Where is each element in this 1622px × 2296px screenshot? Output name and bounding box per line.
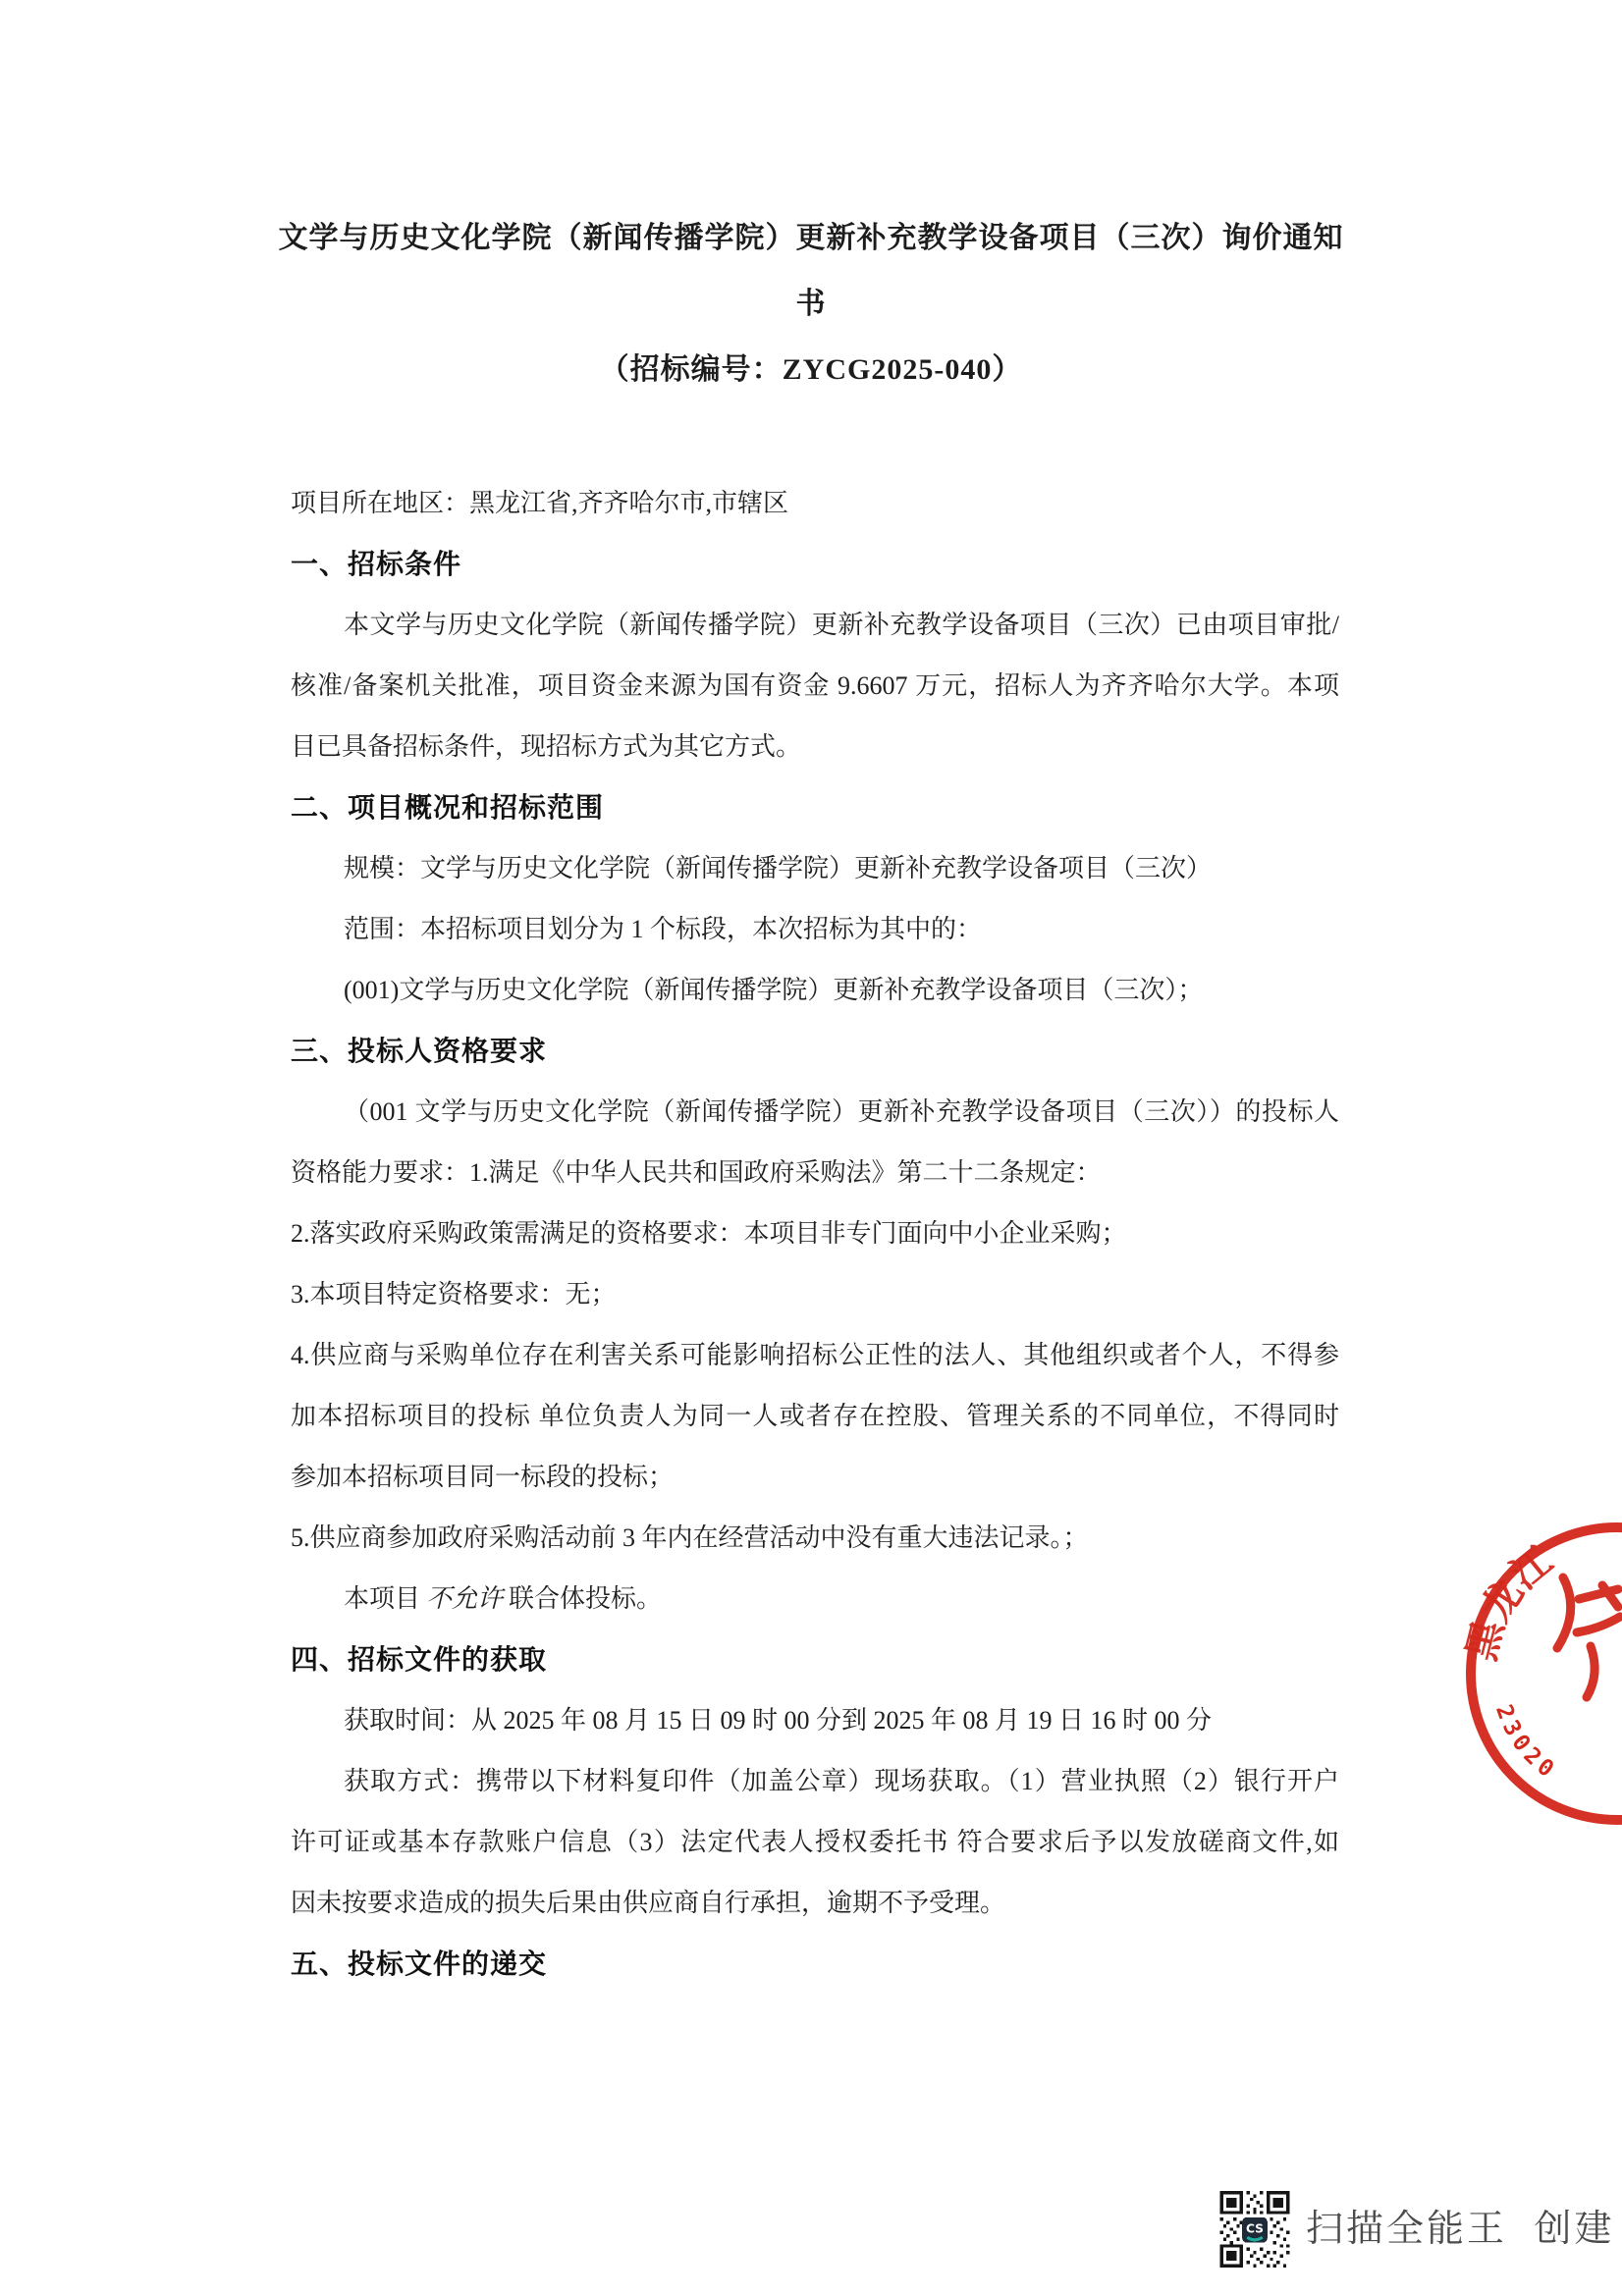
- scanned-document-page: 文学与历史文化学院（新闻传播学院）更新补充教学设备项目（三次）询价通知 书 （招…: [0, 0, 1622, 2296]
- seal-partial-characters: [1557, 1577, 1620, 1697]
- paragraph-line: 因未按要求造成的损失后果由供应商自行承担，逾期不予受理。: [291, 1873, 1339, 1934]
- obtain-method-line: 获取方式：携带以下材料复印件（加盖公章）现场获取。（1）营业执照（2）银行开户: [291, 1751, 1339, 1812]
- section-1-heading: 一、招标条件: [291, 534, 1339, 595]
- qualification-line-1: 资格能力要求：1.满足《中华人民共和国政府采购法》第二十二条规定：: [291, 1143, 1339, 1203]
- paragraph-line: 加本招标项目的投标 单位负责人为同一人或者存在控股、管理关系的不同单位，不得同时: [291, 1386, 1339, 1447]
- scope-line: 范围：本招标项目划分为 1 个标段，本次招标为其中的：: [291, 899, 1339, 960]
- paragraph-line: 目已具备招标条件，现招标方式为其它方式。: [291, 717, 1339, 777]
- project-location-line: 项目所在地区：黑龙江省,齐齐哈尔市,市辖区: [291, 473, 1339, 534]
- red-official-seal: 黑龙江 2302030: [1453, 1517, 1622, 1831]
- document-title-line1: 文学与历史文化学院（新闻传播学院）更新补充教学设备项目（三次）询价通知: [0, 205, 1622, 271]
- qualification-line-4: 4.供应商与采购单位存在利害关系可能影响招标公正性的法人、其他组织或者个人，不得…: [291, 1325, 1339, 1386]
- no-joint-venture-prefix: 本项目: [344, 1584, 420, 1613]
- section-4-heading: 四、招标文件的获取: [291, 1629, 1339, 1690]
- camscanner-qr-code: CS: [1219, 2191, 1290, 2268]
- document-title-line2: 书: [0, 271, 1622, 337]
- no-joint-venture-line: 本项目不允许联合体投标。: [291, 1569, 1339, 1629]
- obtain-time-line: 获取时间：从 2025 年 08 月 15 日 09 时 00 分到 2025 …: [291, 1690, 1339, 1751]
- lot-001-line: (001)文学与历史文化学院（新闻传播学院）更新补充教学设备项目（三次）；: [291, 960, 1339, 1021]
- qualification-line-3: 3.本项目特定资格要求：无；: [291, 1264, 1339, 1325]
- paragraph-line: 核准/备案机关批准，项目资金来源为国有资金 9.6607 万元，招标人为齐齐哈尔…: [291, 656, 1339, 717]
- svg-text:黑龙江: 黑龙江: [1459, 1538, 1561, 1665]
- no-joint-venture-emphasis: 不允许: [420, 1584, 509, 1613]
- no-joint-venture-suffix: 联合体投标。: [509, 1584, 662, 1613]
- document-title-block: 文学与历史文化学院（新闻传播学院）更新补充教学设备项目（三次）询价通知 书 （招…: [0, 205, 1622, 402]
- paragraph-line: 参加本招标项目同一标段的投标；: [291, 1447, 1339, 1508]
- qr-logo-text: CS: [1246, 2222, 1264, 2236]
- seal-arc-text: 黑龙江: [1459, 1538, 1561, 1665]
- tender-number: （招标编号：ZYCG2025-040）: [0, 337, 1622, 402]
- camscanner-credit-text: 扫描全能王 创建: [1306, 2204, 1615, 2255]
- section-3-heading: 三、投标人资格要求: [291, 1021, 1339, 1082]
- camscanner-logo: CS: [1242, 2217, 1268, 2243]
- section-5-heading: 五、投标文件的递交: [291, 1934, 1339, 1995]
- paragraph-line: 本文学与历史文化学院（新闻传播学院）更新补充教学设备项目（三次）已由项目审批/: [291, 595, 1339, 656]
- qualification-line-2: 2.落实政府采购政策需满足的资格要求：本项目非专门面向中小企业采购；: [291, 1203, 1339, 1264]
- qualification-line-5: 5.供应商参加政府采购活动前 3 年内在经营活动中没有重大违法记录。；: [291, 1508, 1339, 1569]
- scale-line: 规模：文学与历史文化学院（新闻传播学院）更新补充教学设备项目（三次）: [291, 838, 1339, 899]
- document-body: 项目所在地区：黑龙江省,齐齐哈尔市,市辖区 一、招标条件 本文学与历史文化学院（…: [291, 473, 1339, 1995]
- section-2-heading: 二、项目概况和招标范围: [291, 777, 1339, 838]
- paragraph-line: （001 文学与历史文化学院（新闻传播学院）更新补充教学设备项目（三次））的投标…: [291, 1082, 1339, 1143]
- paragraph-line: 许可证或基本存款账户信息（3）法定代表人授权委托书 符合要求后予以发放磋商文件,…: [291, 1812, 1339, 1873]
